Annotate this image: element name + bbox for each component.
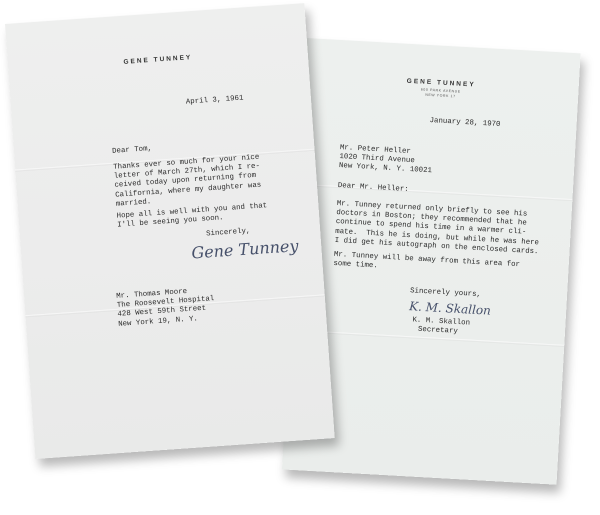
letterhead-name: GENE TUNNEY: [8, 46, 308, 74]
recipient-address: Mr. Peter Heller 1020 Third Avenue New Y…: [339, 144, 434, 177]
body-paragraph-1: Thanks ever so much for your nice letter…: [113, 154, 262, 210]
closing: Sincerely,: [206, 227, 251, 239]
closing: Sincerely yours,: [410, 287, 481, 300]
handwritten-signature: Gene Tunney: [191, 236, 299, 262]
salutation: Dear Mr. Heller:: [337, 182, 408, 195]
salutation: Dear Tom,: [112, 145, 152, 157]
letter-date: April 3, 1961: [186, 95, 244, 108]
recipient-address: Mr. Thomas Moore The Roosevelt Hospital …: [116, 286, 216, 330]
letter-date: January 28, 1970: [429, 117, 500, 130]
signer-title: Secretary: [418, 326, 458, 337]
body-paragraph-1: Mr. Tunney returned only briefly to see …: [334, 200, 540, 257]
letter-1961: GENE TUNNEY April 3, 1961 Dear Tom, Than…: [5, 3, 335, 459]
handwritten-signature: K. M. Skallon: [409, 299, 491, 318]
body-paragraph-2: Mr. Tunney will be away from this area f…: [333, 251, 520, 280]
